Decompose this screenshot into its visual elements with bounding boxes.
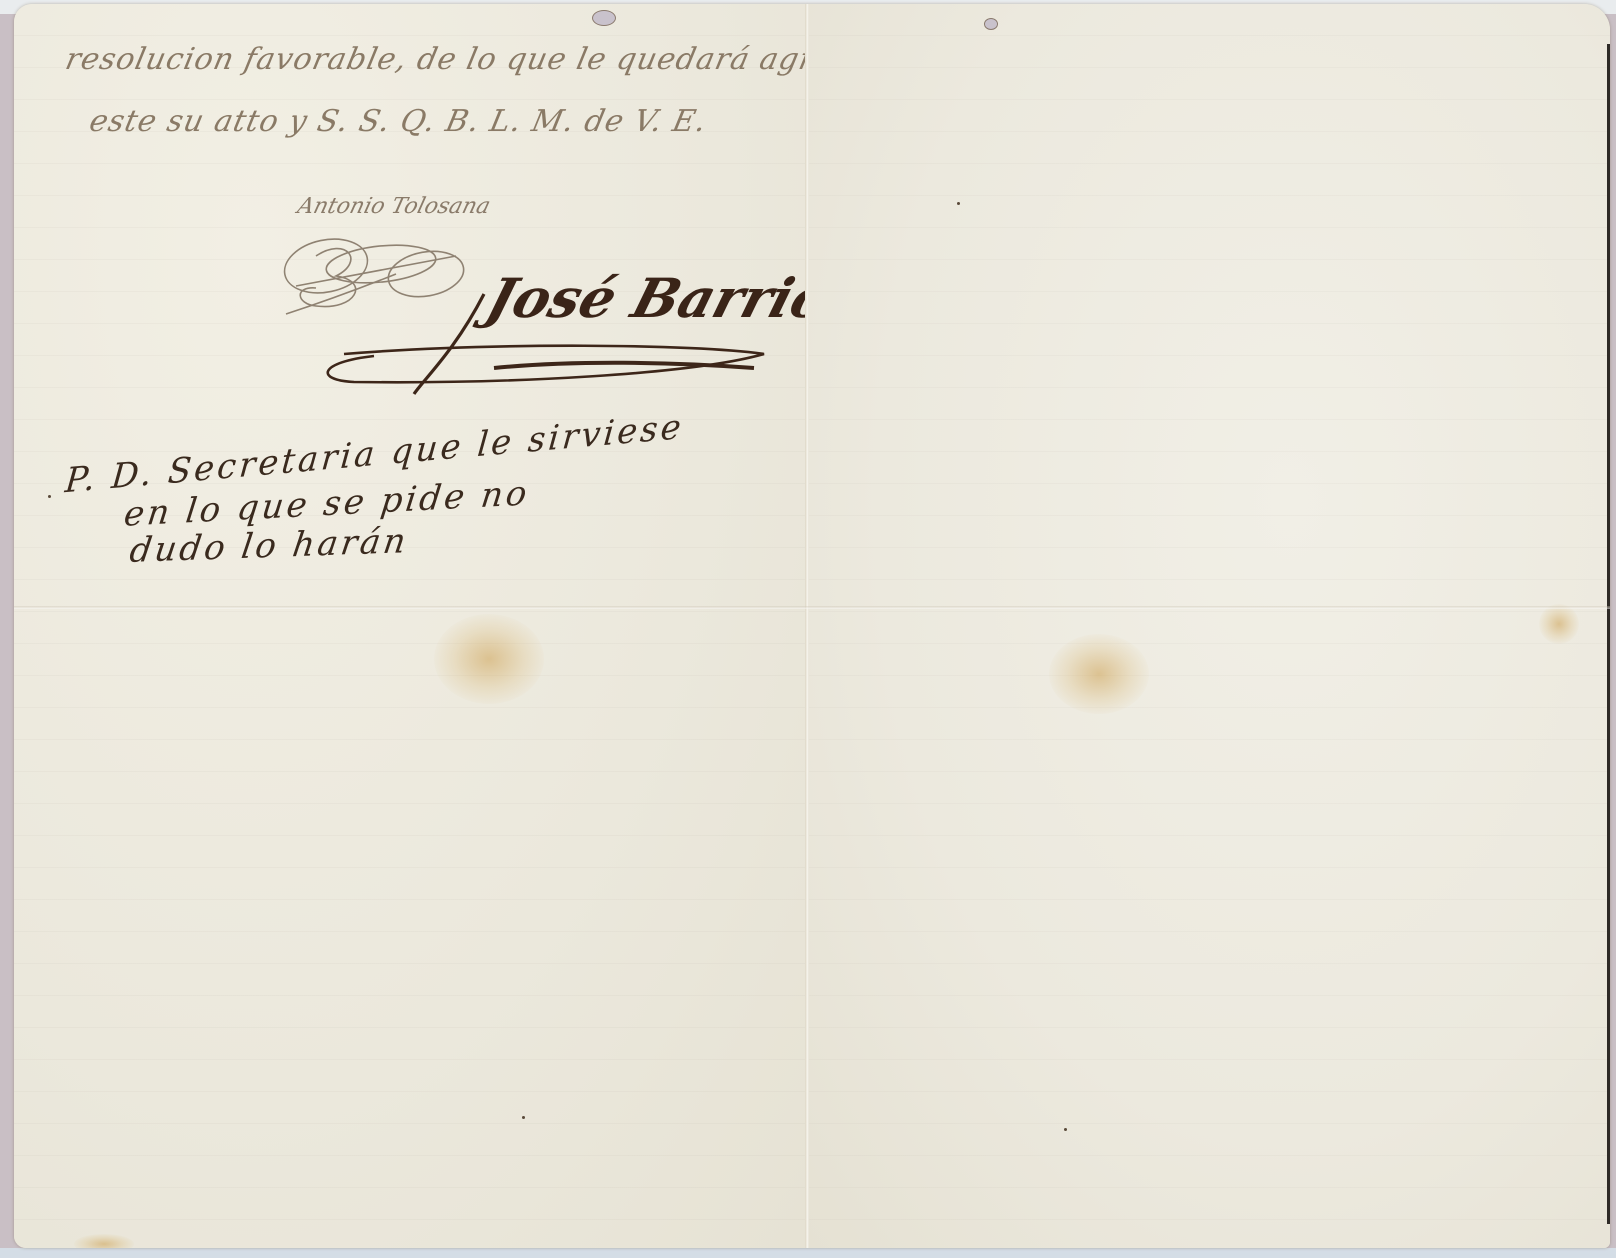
water-stain bbox=[434, 614, 544, 704]
rubric-flourish-icon bbox=[276, 226, 476, 336]
water-stain bbox=[1049, 634, 1149, 714]
letter-line-2: este su atto y S. S. Q. B. L. M. de V. E… bbox=[86, 104, 710, 139]
left-page: resolucion favorable, de lo que le queda… bbox=[14, 4, 807, 1248]
ink-spot bbox=[522, 1116, 525, 1119]
page-edge-shadow bbox=[1607, 44, 1610, 1224]
ink-spot bbox=[1064, 1128, 1067, 1131]
punch-hole bbox=[984, 18, 998, 30]
ink-spot bbox=[957, 202, 960, 205]
petitioner-signature: Antonio Tolosana bbox=[295, 194, 493, 219]
edge-stain bbox=[74, 1234, 134, 1248]
paper-sheet: resolucion favorable, de lo que le queda… bbox=[14, 4, 1610, 1248]
annotation-line-3: dudo lo harán bbox=[127, 521, 411, 571]
ink-spot bbox=[48, 495, 51, 498]
punch-hole bbox=[592, 10, 616, 26]
edge-stain bbox=[1539, 604, 1579, 644]
signature-underline-flourish-icon bbox=[314, 334, 784, 404]
horizontal-fold bbox=[14, 606, 1610, 609]
right-page bbox=[809, 4, 1610, 1248]
scan-background-bottom bbox=[0, 1248, 1616, 1258]
